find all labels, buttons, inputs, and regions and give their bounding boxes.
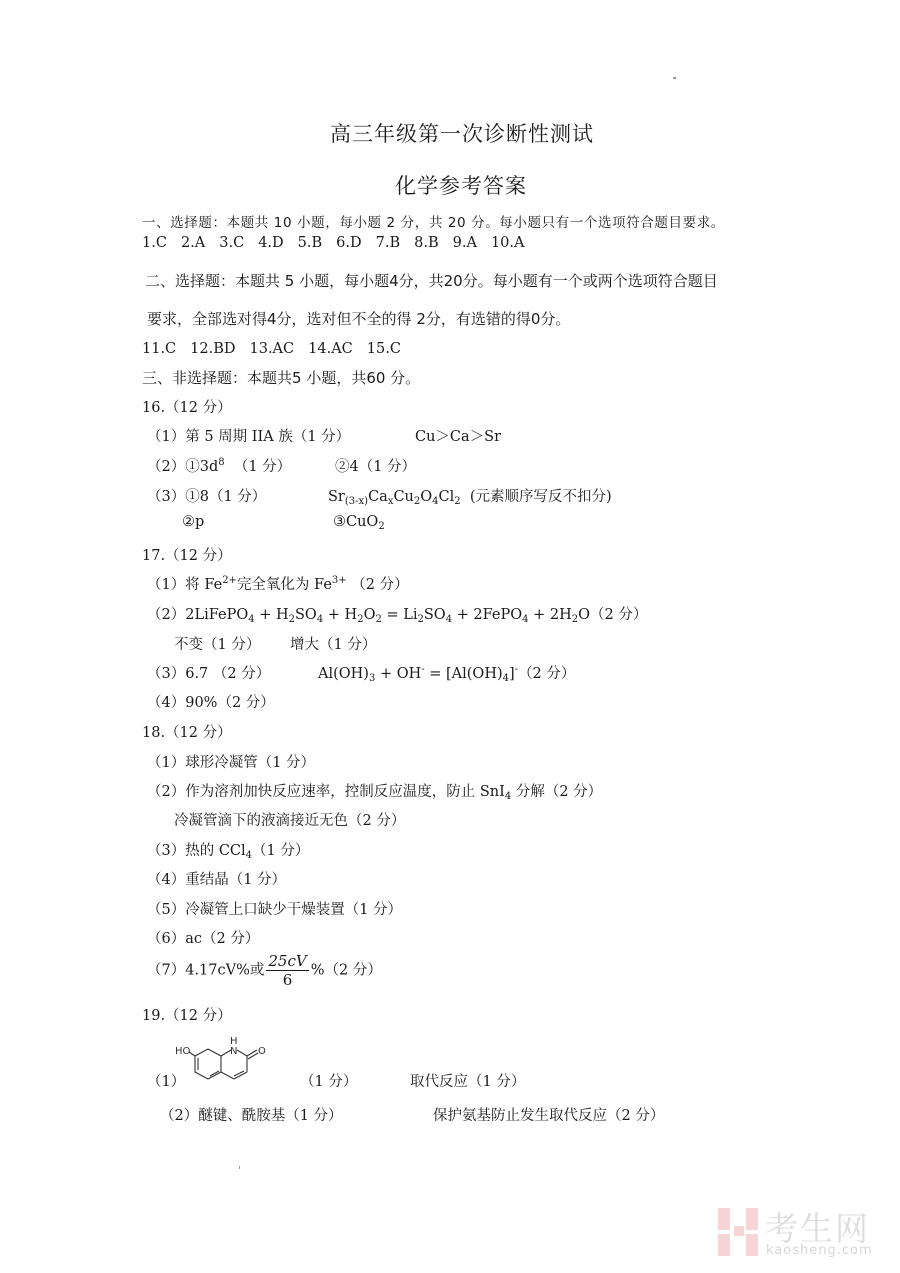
answer: 1.C xyxy=(142,235,167,251)
q18-part5: （5）冷凝管上口缺少干燥装置（1 分） xyxy=(147,898,402,919)
q16-part3-formula: Sr(3-x)CaxCu2O4Cl2 (元素顺序写反不扣分) xyxy=(328,485,612,506)
section3-heading: 三、非选择题：本题共5 小题，共60 分。 xyxy=(142,367,420,388)
q18-part6: （6）ac（2 分） xyxy=(147,927,259,948)
q17-part1: （1）将 Fe2+完全氧化为 Fe3+ （2 分） xyxy=(147,573,409,594)
svg-text:O: O xyxy=(258,1046,266,1057)
section1-answers: 1.C2.A3.C4.D5.B6.D7.B8.B9.A10.A xyxy=(142,235,524,251)
q18-part2: （2）作为溶剂加快反应速率，控制反应温度，防止 SnI4 分解（2 分） xyxy=(147,780,602,801)
q17-part2-sub-b: 增大（1 分） xyxy=(290,633,376,654)
q18-part2-line2: 冷凝管滴下的液滴接近无色（2 分） xyxy=(174,809,405,830)
watermark-en: kaosheng.com xyxy=(766,1243,873,1258)
fraction: 25cV6 xyxy=(266,952,308,989)
q16-title: 16.（12 分） xyxy=(142,396,232,417)
q16-part3d: ③CuO2 xyxy=(333,514,385,530)
section2-heading-line1: 二、选择题：本题共 5 小题，每小题4分，共20分。每小题有一个或两个选项符合题… xyxy=(145,270,718,291)
q17-part3a: （3）6.7 （2 分） xyxy=(147,662,270,683)
answer: 10.A xyxy=(491,235,525,251)
speck-mark xyxy=(673,77,676,79)
q17-part2-sub-a: 不变（1 分） xyxy=(174,633,260,654)
q19-part1-answer: 取代反应（1 分） xyxy=(410,1070,525,1091)
q16-part3c: ②p xyxy=(182,514,204,530)
svg-text:HO: HO xyxy=(175,1046,191,1057)
q19-part2: （2）醚键、酰胺基（1 分） xyxy=(160,1104,343,1125)
q18-title: 18.（12 分） xyxy=(142,721,232,742)
q18-part7: （7）4.17cV%或25cV6%（2 分） xyxy=(147,952,382,989)
q17-part2-equation: （2）2LiFePO4 + H2SO4 + H2O2 = Li2SO4 + 2F… xyxy=(147,603,647,624)
answer: 13.AC xyxy=(250,341,295,357)
q17-part4: （4）90%（2 分） xyxy=(147,691,275,712)
q19-title: 19.（12 分） xyxy=(142,1004,232,1025)
answer: 3.C xyxy=(219,235,244,251)
answer: 11.C xyxy=(142,341,176,357)
q17-part3-equation: Al(OH)3 + OH- = [Al(OH)4]-（2 分） xyxy=(318,662,575,683)
svg-text:H: H xyxy=(230,1036,238,1047)
q16-part2a: （2）①3d8 （1 分） xyxy=(147,455,291,476)
q16-part1-answer: Cu＞Ca＞Sr xyxy=(415,425,501,446)
answer: 7.B xyxy=(376,235,401,251)
answer: 5.B xyxy=(298,235,323,251)
answer: 14.AC xyxy=(308,341,353,357)
q18-part4: （4）重结晶（1 分） xyxy=(147,868,286,889)
q19-part1-score: （1 分） xyxy=(300,1070,357,1091)
answer: 9.A xyxy=(453,235,477,251)
kaosheng-logo-icon xyxy=(718,1208,758,1256)
answer: 6.D xyxy=(336,235,361,251)
chemical-structure-diagram: HO N H O xyxy=(175,1036,285,1088)
answer: 2.A xyxy=(181,235,205,251)
section2-heading-line2: 要求，全部选对得4分，选对但不全的得 2分，有选错的得0分。 xyxy=(147,308,570,329)
answer: 8.B xyxy=(414,235,439,251)
section1-heading: 一、选择题：本题共 10 小题，每小题 2 分，共 20 分。每小题只有一个选项… xyxy=(142,211,725,231)
svg-text:N: N xyxy=(230,1046,237,1057)
watermark: 考生网 kaosheng.com xyxy=(718,1203,888,1263)
q18-part3: （3）热的 CCl4（1 分） xyxy=(147,839,309,860)
answer: 15.C xyxy=(367,341,401,357)
q16-part1: （1）第 5 周期 IIA 族（1 分） xyxy=(147,425,350,446)
q18-part1: （1）球形冷凝管（1 分） xyxy=(147,751,315,772)
speck-mark xyxy=(239,1166,240,1169)
q16-part2b: ②4（1 分） xyxy=(335,455,416,476)
answer: 12.BD xyxy=(190,341,235,357)
q17-title: 17.（12 分） xyxy=(142,544,232,565)
page-title: 高三年级第一次诊断性测试 xyxy=(330,118,594,148)
section2-answers: 11.C12.BD13.AC14.AC15.C xyxy=(142,341,401,357)
q19-part2-answer: 保护氨基防止发生取代反应（2 分） xyxy=(433,1104,664,1125)
page-subtitle: 化学参考答案 xyxy=(395,170,527,200)
q16-part3a: （3）①8（1 分） xyxy=(147,485,266,506)
answer: 4.D xyxy=(258,235,283,251)
